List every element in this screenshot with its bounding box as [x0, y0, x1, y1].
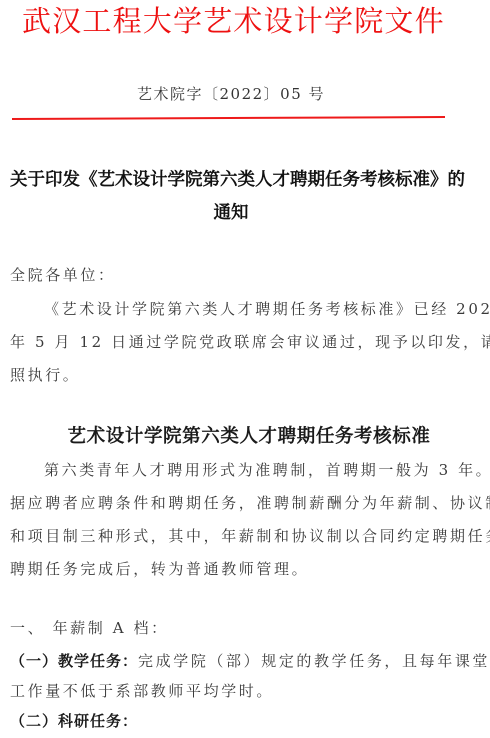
notice-paragraph-line: 年 5 月 12 日通过学院党政联席会审议通过，现予以印发，请遵 — [10, 331, 490, 353]
standard-title: 艺术设计学院第六类人才聘期任务考核标准 — [0, 424, 490, 450]
standard-intro-line: 和项目制三种形式，其中，年薪制和协议制以合同约定聘期任务， — [10, 525, 490, 547]
teaching-task-item: （一）教学任务：完成学院（部）规定的教学任务，且每年课堂教学 — [10, 650, 490, 672]
teaching-task-text: 完成学院（部）规定的教学任务，且每年课堂教学 — [138, 652, 490, 670]
notice-title-line-1: 关于印发《艺术设计学院第六类人才聘期任务考核标准》的 — [10, 168, 465, 192]
salutation: 全院各单位： — [10, 264, 116, 286]
standard-intro-line: 聘期任务完成后，转为普通教师管理。 — [10, 558, 309, 580]
notice-title-line-2: 通知 — [0, 201, 462, 225]
standard-intro-line: 第六类青年人才聘用形式为准聘制，首聘期一般为 3 年。根 — [44, 459, 490, 481]
standard-intro-line: 据应聘者应聘条件和聘期任务，准聘制薪酬分为年薪制、协议制 — [10, 492, 490, 514]
research-task-label: （二）科研任务： — [10, 712, 138, 730]
red-header-rule — [12, 116, 445, 120]
document-number: 艺术院字〔2022〕05 号 — [0, 84, 462, 104]
notice-paragraph-line: 《艺术设计学院第六类人才聘期任务考核标准》已经 2022 — [44, 298, 490, 320]
teaching-task-text-continued: 工作量不低于系部教师平均学时。 — [10, 680, 274, 702]
notice-paragraph-line: 照执行。 — [10, 364, 80, 386]
teaching-task-label: （一）教学任务： — [10, 652, 138, 670]
section-heading-annual-salary-a: 一、 年薪制 A 档： — [10, 617, 169, 639]
document-header-title: 武汉工程大学艺术设计学院文件 — [22, 2, 445, 40]
research-task-item: （二）科研任务： — [10, 710, 138, 732]
